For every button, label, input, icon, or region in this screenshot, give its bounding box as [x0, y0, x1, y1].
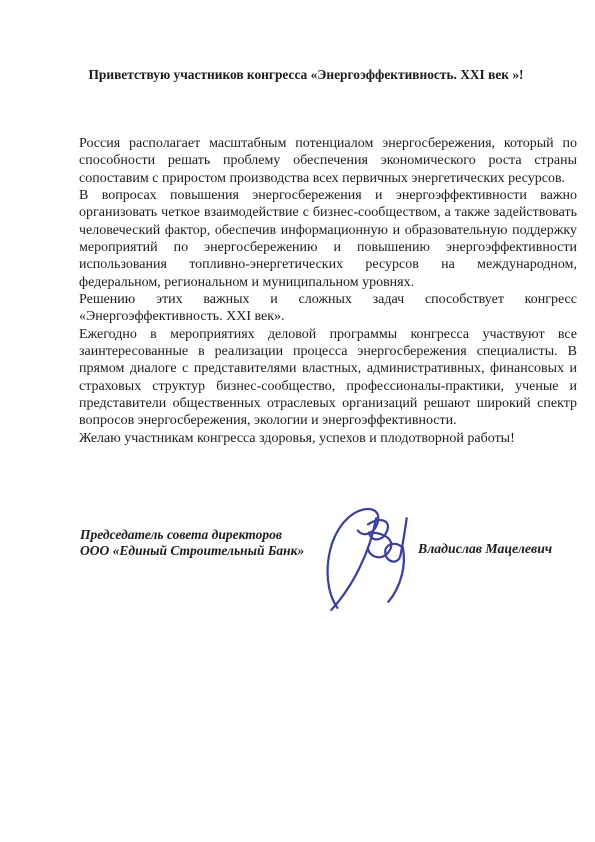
- letter-body: Россия располагает масштабным потенциало…: [79, 135, 577, 447]
- signer-name: Владислав Мацелевич: [418, 541, 552, 557]
- paragraph-annual-program: Ежегодно в мероприятиях деловой программ…: [79, 326, 577, 430]
- letter-page: Приветствую участников конгресса «Энерго…: [0, 0, 595, 842]
- signer-organization: ООО «Единый Строительный Банк»: [80, 543, 304, 559]
- paragraph-potential: Россия располагает масштабным потенциало…: [79, 135, 577, 187]
- signer-role-title: Председатель совета директоров: [80, 527, 304, 543]
- handwritten-signature-icon: [316, 502, 420, 616]
- paragraph-cooperation: В вопросах повышения энергосбережения и …: [79, 187, 577, 291]
- signer-role: Председатель совета директоров ООО «Един…: [80, 527, 304, 558]
- paragraph-congress-role: Решению этих важных и сложных задач спос…: [79, 291, 577, 326]
- paragraph-wishes: Желаю участникам конгресса здоровья, усп…: [79, 430, 577, 447]
- letter-title: Приветствую участников конгресса «Энерго…: [17, 66, 595, 83]
